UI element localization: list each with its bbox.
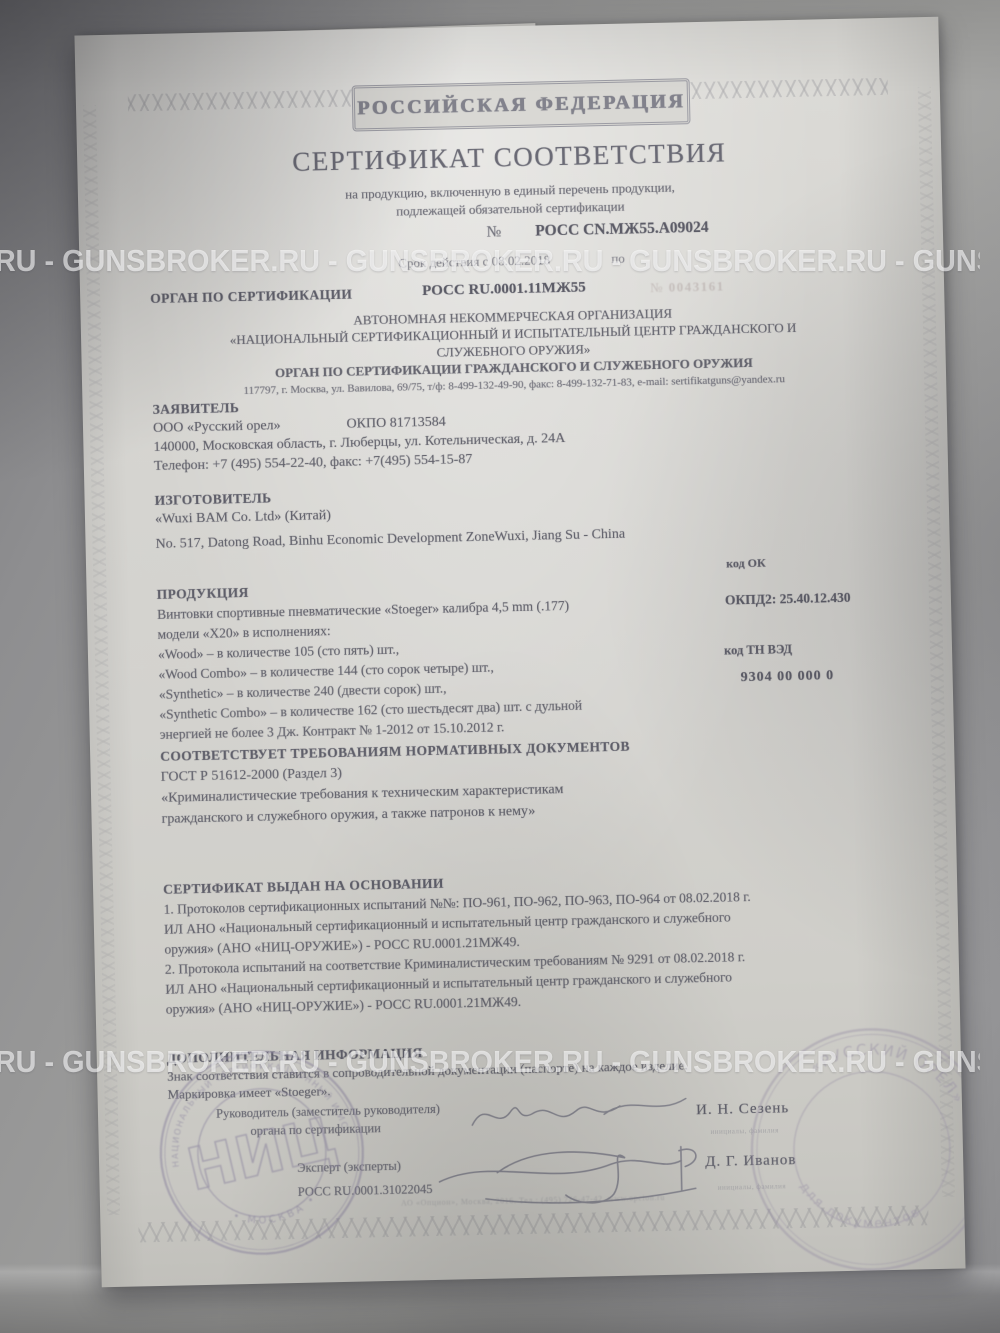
certificate-number: РОСС CN.МЖ55.А09024 (535, 219, 709, 241)
blank-number-sign: № (650, 280, 664, 295)
svg-text:для документов: для документов (790, 1177, 926, 1243)
stamp-ring-text-bottom: • МОСКВА • (229, 1191, 322, 1234)
applicant-okpo: ОКПО 81713584 (346, 415, 445, 432)
blank-number-value: 0043161 (669, 278, 725, 294)
certification-body-registry-number: РОСС RU.0001.11МЖ55 (422, 279, 586, 300)
svg-text:• МОСКВА •: • МОСКВА • (229, 1191, 322, 1234)
applicant-name: ООО «Русский орел» (153, 418, 281, 436)
stamp-nic-monogram: НИЦ (181, 1103, 343, 1204)
product-section: ПРОДУКЦИЯ Винтовки спортивные пневматиче… (156, 572, 734, 745)
validity-prefix: Срок действия с (398, 254, 488, 271)
country-banner-text: РОССИЙСКАЯ ФЕДЕРАЦИЯ (357, 90, 685, 120)
stamp-for-documents-text: для документов (790, 1177, 926, 1243)
certification-body-label: ОРГАН ПО СЕРТИФИКАЦИИ (150, 287, 352, 307)
tnved-code: 9304 00 000 0 (740, 668, 834, 686)
basis-section: СЕРТИФИКАТ ВЫДАН НА ОСНОВАНИИ 1. Протоко… (163, 864, 911, 1020)
applicant-section: ЗАЯВИТЕЛЬ ООО «Русский орел»ОКПО 8171358… (152, 386, 774, 476)
country-banner: РОССИЙСКАЯ ФЕДЕРАЦИЯ (352, 78, 691, 131)
validity-line: Срок действия с 08.02.2018 по (99, 244, 923, 278)
okpd2-code: ОКПД2: 25.40.12.430 (725, 588, 925, 608)
blank-number: № 0043161 (650, 278, 725, 296)
validity-from-date: 08.02.2018 (491, 252, 550, 268)
code-ok-label: код ОК (726, 556, 766, 572)
validity-to-label: по (611, 251, 625, 266)
tnved-label: код ТН ВЭД (724, 642, 792, 658)
certificate-title: СЕРТИФИКАТ СООТВЕТСТВИЯ (97, 133, 921, 182)
number-sign: № (486, 223, 501, 240)
manufacturer-section: ИЗГОТОВИТЕЛЬ «Wuxi BAM Co. Ltd» (Китай) … (154, 477, 775, 554)
certificate-document: РОССИЙСКАЯ ФЕДЕРАЦИЯ СЕРТИФИКАТ СООТВЕТС… (74, 17, 965, 1288)
compliance-section: СООТВЕТСТВУЕТ ТРЕБОВАНИЯМ НОРМАТИВНЫХ ДО… (160, 732, 782, 830)
photo-background: РОССИЙСКАЯ ФЕДЕРАЦИЯ СЕРТИФИКАТ СООТВЕТС… (0, 0, 1000, 1333)
